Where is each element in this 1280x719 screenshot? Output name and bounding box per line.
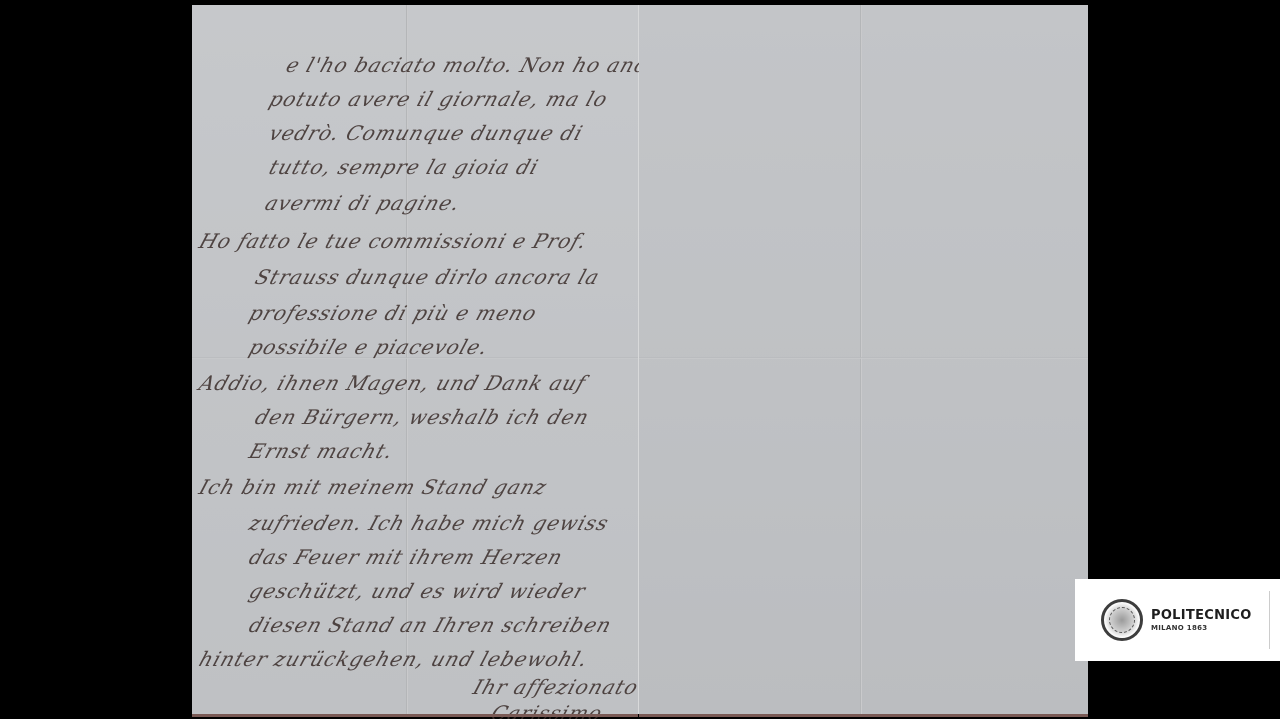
letter-line: geschützt, und es wird wieder — [246, 579, 589, 603]
watermark-subtitle: MILANO 1863 — [1151, 623, 1252, 633]
letter-line: potuto avere il giornale, ma lo — [266, 87, 611, 111]
letter-line: Ich bin mit meinem Stand ganz — [196, 475, 550, 499]
letter-line: e l'ho baciato molto. Non ho ancora — [283, 53, 687, 77]
university-seal-icon — [1101, 599, 1143, 641]
letter-closing: Ihr affezionato — [470, 675, 642, 699]
letter-line: professione di più e meno — [246, 301, 540, 325]
letter-line: avermi di pagine. — [262, 191, 464, 215]
letter-line: zufrieden. Ich habe mich gewiss — [246, 511, 612, 535]
letter-line: Ernst macht. — [246, 439, 397, 463]
page-edge — [639, 714, 1088, 717]
right-page — [639, 5, 1088, 714]
letter-line: Addio, ihnen Magen, und Dank auf — [196, 371, 589, 395]
politecnico-watermark: POLITECNICO MILANO 1863 — [1075, 579, 1280, 661]
letter-line: Strauss dunque dirlo ancora la — [252, 265, 603, 289]
letter-line: possibile e piacevole. — [246, 335, 492, 359]
image-viewer: e l'ho baciato molto. Non ho ancora potu… — [0, 0, 1280, 719]
letter-line: Ho fatto le tue commissioni e Prof. — [196, 229, 591, 253]
letter-line: hinter zurückgehen, und lebewohl. — [196, 647, 591, 671]
letter-sheet: e l'ho baciato molto. Non ho ancora potu… — [192, 5, 1088, 714]
vertical-fold-line — [860, 5, 862, 714]
letter-line: vedrò. Comunque dunque di — [266, 121, 586, 145]
watermark-name: POLITECNICO — [1151, 608, 1252, 623]
left-page: e l'ho baciato molto. Non ho ancora potu… — [192, 5, 639, 714]
watermark-divider — [1269, 591, 1270, 649]
letter-line: tutto, sempre la gioia di — [266, 155, 542, 179]
letter-line: das Feuer mit ihrem Herzen — [246, 545, 566, 569]
vertical-fold-line — [406, 5, 408, 714]
letter-line: den Bürgern, weshalb ich den — [252, 405, 593, 429]
letter-line: diesen Stand an Ihren schreiben — [246, 613, 615, 637]
horizontal-fold-line — [639, 357, 1088, 359]
page-edge — [192, 714, 638, 717]
